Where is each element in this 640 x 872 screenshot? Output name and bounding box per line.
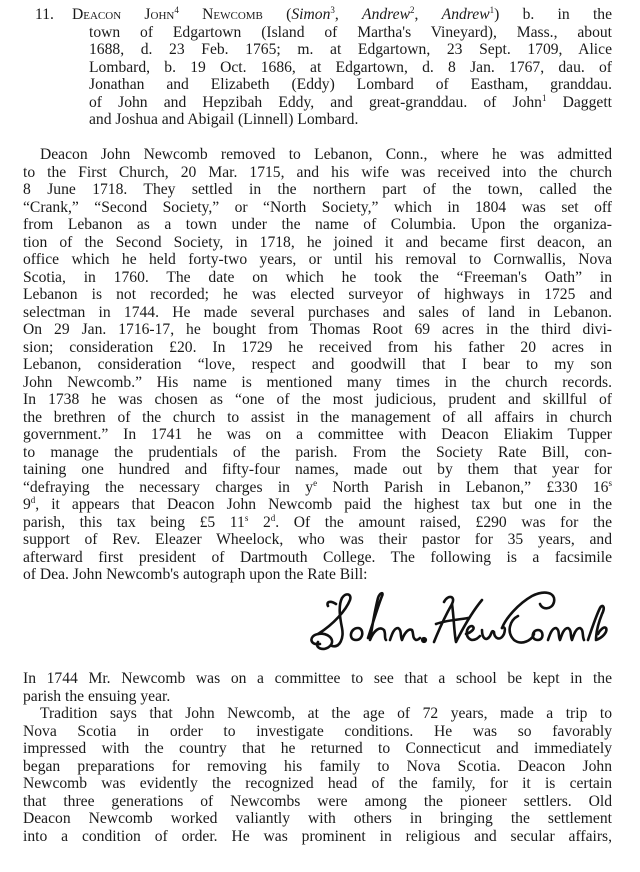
sep: ,: [414, 6, 441, 23]
entry-header-line-6: of John and Hepzibah Eddy, and great-gra…: [89, 94, 612, 112]
p1-line-24: afterward first president of Dartmouth C…: [23, 549, 612, 567]
generation-superscript: 4: [174, 5, 179, 15]
p1-line-5: from Lebanon as a town under the name of…: [23, 216, 612, 234]
signature-facsimile: [306, 588, 610, 654]
birth-text: ) b. in the: [494, 6, 612, 23]
p1-line-12: sion; consideration £20. In 1729 he rece…: [23, 339, 612, 357]
p1-line-20: “defraying the necessary charges in ye N…: [23, 479, 612, 497]
text: 9: [23, 496, 31, 513]
p3-line-6: that three generations of Newcombs were …: [23, 793, 612, 811]
p1-line-4: “Crank,” “Second Society,” or “North Soc…: [23, 199, 612, 217]
entry-header-line-7: and Joshua and Abigail (Linnell) Lombard…: [89, 111, 612, 129]
text: of John and Hepzibah Eddy, and great-gra…: [89, 94, 542, 111]
text: , it appears that Deacon John Newcomb pa…: [35, 496, 612, 513]
p1-line-6: tion of the Second Society, in 1718, he …: [23, 234, 612, 252]
p1-line-7: office which he held forty-two years, or…: [23, 251, 612, 269]
entry-header-line-5: Jonathan and Elizabeth (Eddy) Lombard of…: [89, 76, 612, 94]
p1-line-13: Lebanon, consideration “love, respect an…: [23, 356, 612, 374]
subject-name-last: Newcomb: [202, 6, 263, 23]
entry-header-line-2: town of Edgartown (Island of Martha's Vi…: [89, 24, 612, 42]
p1-line-23: support of Rev. Eleazer Wheelock, who wa…: [23, 531, 612, 549]
p3-line-8: into a condition of order. He was promin…: [23, 828, 612, 846]
p1-line-18: to manage the prudentials of the parish.…: [23, 444, 612, 462]
p3-line-5: Newcomb was evidently the recognized hea…: [23, 775, 612, 793]
p1-line-16: the brethren of the church to assist in …: [23, 409, 612, 427]
p1-line-14: John Newcomb.” His name is mentioned man…: [23, 374, 612, 392]
p3-line-7: Deacon Newcomb worked valiantly with oth…: [23, 810, 612, 828]
p1-line-19: taining one hundred and fifty-four names…: [23, 461, 612, 479]
text: “defraying the necessary charges in y: [23, 479, 313, 496]
p2-line-1: In 1744 Mr. Newcomb was on a committee t…: [23, 670, 612, 688]
sep: ,: [335, 6, 362, 23]
p1-line-1: Deacon John Newcomb removed to Lebanon, …: [40, 146, 612, 164]
ancestor-3: Andrew: [442, 6, 490, 23]
superscript: s: [608, 478, 612, 488]
subject-name-first: Deacon John: [72, 6, 174, 23]
entry-header-line-1: Deacon John4 Newcomb (Simon3, Andrew2, A…: [72, 6, 612, 24]
p1-line-15: In 1738 he was chosen as “one of the mos…: [23, 391, 612, 409]
p1-line-22: parish, this tax being £5 11s 2d. Of the…: [23, 514, 612, 532]
p1-line-25: of Dea. John Newcomb's autograph upon th…: [23, 566, 612, 584]
text: North Parish in Lebanon,” £330 16: [317, 479, 608, 496]
p1-line-17: government.” In 1741 he was on a committ…: [23, 426, 612, 444]
text: parish, this tax being £5 11: [23, 514, 245, 531]
entry-number: 11.: [35, 6, 54, 24]
p3-line-1: Tradition says that John Newcomb, at the…: [40, 705, 612, 723]
entry-header-line-3: 1688, d. 23 Feb. 1765; m. at Edgartown, …: [89, 41, 612, 59]
document-page: 11. Deacon John4 Newcomb (Simon3, Andrew…: [0, 0, 640, 872]
p1-line-2: to the First Church, 20 Mar. 1715, and h…: [23, 164, 612, 182]
entry-header-line-4: Lombard, b. 19 Oct. 1686, at Edgartown, …: [89, 59, 612, 77]
p2-line-2: parish the ensuing year.: [23, 688, 612, 706]
text: . Of the amount raised, £290 was for the: [275, 514, 612, 531]
p1-line-3: 8 June 1718. They settled in the norther…: [23, 181, 612, 199]
p1-line-10: selectman in 1744. He made several purch…: [23, 304, 612, 322]
ancestor-2: Andrew: [362, 6, 410, 23]
p3-line-3: impressed with the country that he retur…: [23, 740, 612, 758]
p1-line-11: On 29 Jan. 1716-17, he bought from Thoma…: [23, 321, 612, 339]
paren: (: [263, 6, 291, 23]
text: 2: [248, 514, 270, 531]
p1-line-21: 9d, it appears that Deacon John Newcomb …: [23, 496, 612, 514]
p1-line-8: Scotia, in 1760. The date on which he to…: [23, 269, 612, 287]
p1-line-9: Lebanon is not recorded; he was elected …: [23, 286, 612, 304]
p3-line-2: Nova Scotia in order to investigate cond…: [23, 723, 612, 741]
text: Daggett: [546, 94, 612, 111]
p3-line-4: began preparations for removing his fami…: [23, 758, 612, 776]
ancestor-1: Simon: [291, 6, 330, 23]
